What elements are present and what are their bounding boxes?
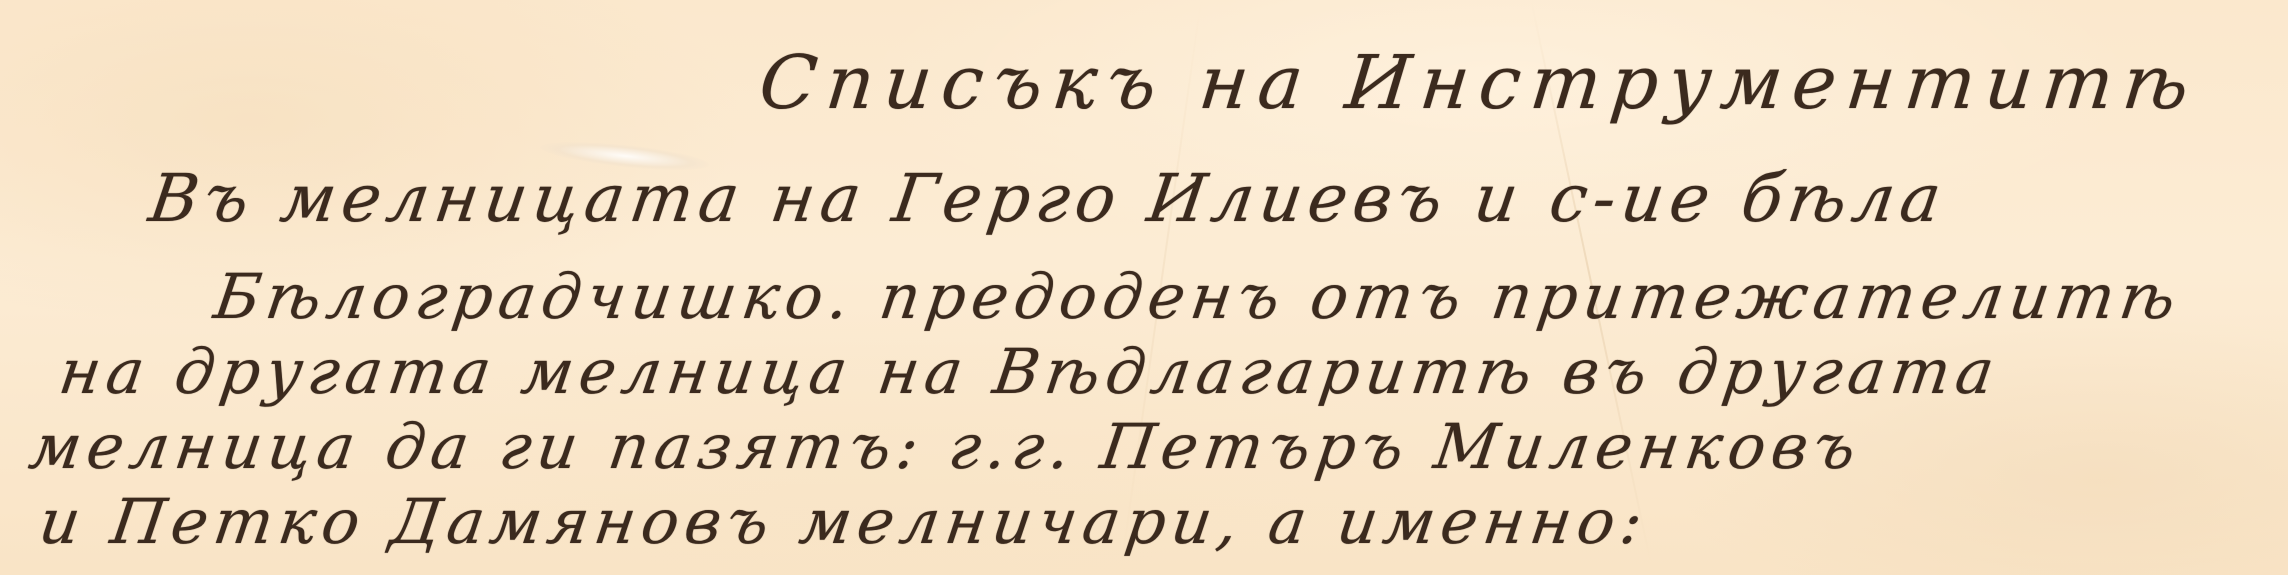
handwritten-line-5: и Петко Дамяновъ мелничари, а именно: <box>35 485 1653 558</box>
handwritten-line-1: Въ мелницата на Герго Илиевъ и с-ие бѣла <box>145 160 1952 237</box>
handwritten-line-4: мелница да ги пазятъ: г.г. Петъръ Миленк… <box>25 410 1867 483</box>
handwritten-line-3: на другата мелница на Вѣдлагаритѣ въ дру… <box>55 335 2005 408</box>
handwritten-line-2: Бѣлоградчишко. предоденъ отъ притежатели… <box>210 260 2186 333</box>
document-title: Списъкъ на Инструментитѣ <box>755 40 2203 126</box>
